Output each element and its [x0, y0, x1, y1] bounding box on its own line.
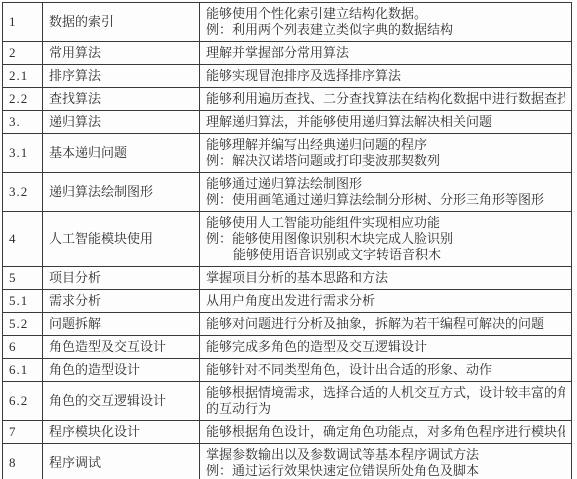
- row-number-cell: 3.: [3, 111, 43, 134]
- description-line: 例：利用两个列表建立类似字典的数据结构: [206, 22, 565, 38]
- description-cell: 能够通过递归算法绘制图形例：使用画笔通过递归算法绘制分形树、分形三角形等图形: [200, 173, 572, 212]
- description-line: 的互动行为: [206, 401, 565, 417]
- table-row: 8 程序调试 掌握参数输出以及参数调试等基本程序调试方法例：通过运行效果快速定位…: [3, 444, 572, 479]
- description-cell: 能够根据情境需求，选择合适的人机交互方式，设计较丰富的角色间的互动行为: [200, 382, 572, 421]
- topic-cell: 角色的造型设计: [43, 359, 200, 382]
- topic-cell: 人工智能模块使用: [43, 212, 200, 267]
- topic-cell: 程序模块化设计: [43, 421, 200, 444]
- row-number-cell: 3.2: [3, 173, 43, 212]
- description-cell: 能够针对不同类型角色，设计出合适的形象、动作: [200, 359, 572, 382]
- row-number-cell: 1: [3, 3, 43, 42]
- description-line: 能够使用人工智能功能组件实现相应功能: [206, 215, 565, 231]
- description-line: 例：能够使用图像识别积木块完成人脸识别: [206, 231, 565, 247]
- description-cell: 掌握参数输出以及参数调试等基本程序调试方法例：通过运行效果快速定位错误所处角色及…: [200, 444, 572, 479]
- description-line: 能够使用语音识别或文字转语音积木: [206, 247, 565, 263]
- topic-cell: 需求分析: [43, 290, 200, 313]
- table-row: 7 程序模块化设计 能够根据角色设计，确定角色功能点，对多角色程序进行模块化设计: [3, 421, 572, 444]
- description-line: 理解递归算法，并能够使用递归算法解决相关问题: [206, 114, 565, 130]
- row-number-cell: 6.2: [3, 382, 43, 421]
- topic-cell: 递归算法绘制图形: [43, 173, 200, 212]
- table-row: 1 数据的索引 能够使用个性化索引建立结构化数据。例：利用两个列表建立类似字典的…: [3, 3, 572, 42]
- description-line: 能够通过递归算法绘制图形: [206, 176, 565, 192]
- table-row: 3.1 基本递归问题 能够理解并编写出经典递归问题的程序例：解决汉诺塔问题或打印…: [3, 134, 572, 173]
- row-number-cell: 5.2: [3, 313, 43, 336]
- row-number-cell: 3.1: [3, 134, 43, 173]
- topic-cell: 查找算法: [43, 88, 200, 111]
- description-cell: 能够理解并编写出经典递归问题的程序例：解决汉诺塔问题或打印斐波那契数列: [200, 134, 572, 173]
- row-number-cell: 2.2: [3, 88, 43, 111]
- topic-cell: 常用算法: [43, 42, 200, 65]
- row-number-cell: 2.1: [3, 65, 43, 88]
- topic-cell: 递归算法: [43, 111, 200, 134]
- table-row: 3.2 递归算法绘制图形 能够通过递归算法绘制图形例：使用画笔通过递归算法绘制分…: [3, 173, 572, 212]
- topic-cell: 项目分析: [43, 267, 200, 290]
- row-number-cell: 7: [3, 421, 43, 444]
- table-row: 4 人工智能模块使用 能够使用人工智能功能组件实现相应功能例：能够使用图像识别积…: [3, 212, 572, 267]
- topic-cell: 问题拆解: [43, 313, 200, 336]
- syllabus-table: 1 数据的索引 能够使用个性化索引建立结构化数据。例：利用两个列表建立类似字典的…: [2, 2, 572, 479]
- description-cell: 能够对问题进行分析及抽象，拆解为若干编程可解决的问题: [200, 313, 572, 336]
- table-row: 5.1 需求分析 从用户角度出发进行需求分析: [3, 290, 572, 313]
- description-line: 能够对问题进行分析及抽象，拆解为若干编程可解决的问题: [206, 316, 565, 332]
- description-cell: 能够利用遍历查找、二分查找算法在结构化数据中进行数据查找: [200, 88, 572, 111]
- description-cell: 能够使用人工智能功能组件实现相应功能例：能够使用图像识别积木块完成人脸识别能够使…: [200, 212, 572, 267]
- row-number-cell: 6.1: [3, 359, 43, 382]
- row-number-cell: 4: [3, 212, 43, 267]
- table-row: 5 项目分析 掌握项目分析的基本思路和方法: [3, 267, 572, 290]
- topic-cell: 角色造型及交互设计: [43, 336, 200, 359]
- description-cell: 从用户角度出发进行需求分析: [200, 290, 572, 313]
- table-row: 6.2 角色的交互逻辑设计 能够根据情境需求，选择合适的人机交互方式，设计较丰富…: [3, 382, 572, 421]
- table-row: 6.1 角色的造型设计 能够针对不同类型角色，设计出合适的形象、动作: [3, 359, 572, 382]
- description-line: 能够使用个性化索引建立结构化数据。: [206, 6, 565, 22]
- topic-cell: 数据的索引: [43, 3, 200, 42]
- description-line: 例：解决汉诺塔问题或打印斐波那契数列: [206, 153, 565, 169]
- topic-cell: 排序算法: [43, 65, 200, 88]
- description-cell: 能够使用个性化索引建立结构化数据。例：利用两个列表建立类似字典的数据结构: [200, 3, 572, 42]
- row-number-cell: 6: [3, 336, 43, 359]
- description-cell: 能够根据角色设计，确定角色功能点，对多角色程序进行模块化设计: [200, 421, 572, 444]
- description-cell: 理解并掌握部分常用算法: [200, 42, 572, 65]
- description-line: 例：使用画笔通过递归算法绘制分形树、分形三角形等图形: [206, 192, 565, 208]
- table-row: 3. 递归算法 理解递归算法，并能够使用递归算法解决相关问题: [3, 111, 572, 134]
- description-line: 掌握项目分析的基本思路和方法: [206, 270, 565, 286]
- description-line: 能够完成多角色的造型及交互逻辑设计: [206, 339, 565, 355]
- table-row: 2 常用算法 理解并掌握部分常用算法: [3, 42, 572, 65]
- table-row: 6 角色造型及交互设计 能够完成多角色的造型及交互逻辑设计: [3, 336, 572, 359]
- description-line: 能够根据角色设计，确定角色功能点，对多角色程序进行模块化设计: [206, 424, 565, 440]
- description-line: 能够针对不同类型角色，设计出合适的形象、动作: [206, 362, 565, 378]
- description-line: 掌握参数输出以及参数调试等基本程序调试方法: [206, 447, 565, 463]
- topic-cell: 基本递归问题: [43, 134, 200, 173]
- topic-cell: 角色的交互逻辑设计: [43, 382, 200, 421]
- description-cell: 能够实现冒泡排序及选择排序算法: [200, 65, 572, 88]
- description-line: 从用户角度出发进行需求分析: [206, 293, 565, 309]
- description-cell: 理解递归算法，并能够使用递归算法解决相关问题: [200, 111, 572, 134]
- syllabus-table-body: 1 数据的索引 能够使用个性化索引建立结构化数据。例：利用两个列表建立类似字典的…: [3, 3, 572, 479]
- table-row: 2.1 排序算法 能够实现冒泡排序及选择排序算法: [3, 65, 572, 88]
- description-line: 能够理解并编写出经典递归问题的程序: [206, 137, 565, 153]
- topic-cell: 程序调试: [43, 444, 200, 479]
- row-number-cell: 5: [3, 267, 43, 290]
- row-number-cell: 5.1: [3, 290, 43, 313]
- description-cell: 掌握项目分析的基本思路和方法: [200, 267, 572, 290]
- row-number-cell: 2: [3, 42, 43, 65]
- table-row: 5.2 问题拆解 能够对问题进行分析及抽象，拆解为若干编程可解决的问题: [3, 313, 572, 336]
- description-line: 理解并掌握部分常用算法: [206, 45, 565, 61]
- description-line: 例：通过运行效果快速定位错误所处角色及脚本: [206, 463, 565, 479]
- description-line: 能够根据情境需求，选择合适的人机交互方式，设计较丰富的角色间: [206, 385, 565, 401]
- row-number-cell: 8: [3, 444, 43, 479]
- document-page: 1 数据的索引 能够使用个性化索引建立结构化数据。例：利用两个列表建立类似字典的…: [0, 0, 577, 479]
- description-cell: 能够完成多角色的造型及交互逻辑设计: [200, 336, 572, 359]
- description-line: 能够实现冒泡排序及选择排序算法: [206, 68, 565, 84]
- table-row: 2.2 查找算法 能够利用遍历查找、二分查找算法在结构化数据中进行数据查找: [3, 88, 572, 111]
- description-line: 能够利用遍历查找、二分查找算法在结构化数据中进行数据查找: [206, 91, 565, 107]
